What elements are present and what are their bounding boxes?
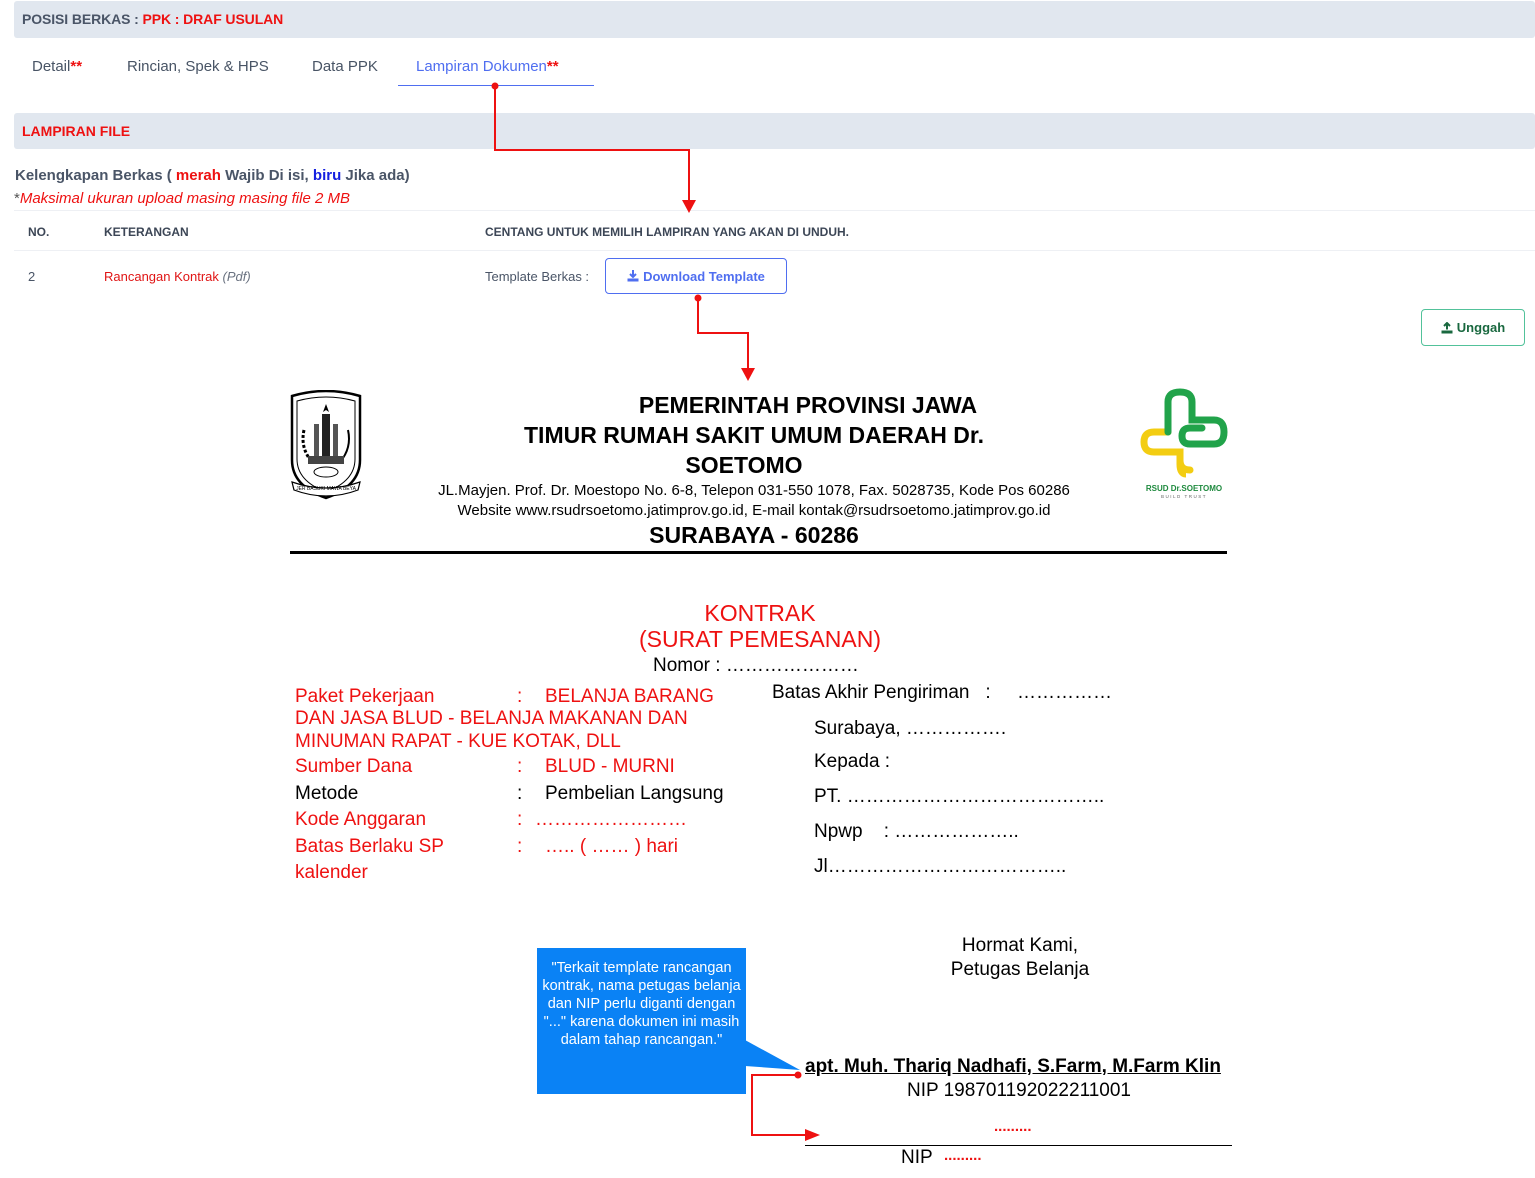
tab-data-ppk[interactable]: Data PPK [294,48,394,86]
signer-nip: NIP 198701192022211001 [805,1080,1233,1102]
field-label-paket: Paket Pekerjaan [295,686,434,708]
column-header-centang: CENTANG UNTUK MEMILIH LAMPIRAN YANG AKAN… [485,225,849,239]
kop-line-2: TIMUR RUMAH SAKIT UMUM DAERAH Dr. [404,422,1104,449]
table-header-border [14,250,1535,251]
callout-tail [745,1040,800,1070]
replacement-nip-placeholder: ......... [944,1147,982,1164]
row-keterangan: Rancangan Kontrak (Pdf) [104,269,251,284]
tab-lampiran-dokumen[interactable]: Lampiran Dokumen** [398,48,594,86]
kelengkapan-legend: Kelengkapan Berkas ( merah Wajib Di isi,… [15,167,410,184]
tab-detail[interactable]: Detail** [14,48,104,86]
field-value-batas-berlaku: ….. ( …… ) hari [545,836,678,858]
field-batas-akhir-pengiriman: Batas Akhir Pengiriman : …………… [772,682,1112,704]
arrow-download-to-document-icon [695,295,756,382]
upload-icon [1441,322,1453,334]
column-header-no: NO. [28,225,49,239]
field-value-kode-anggaran: …………………… [535,809,687,831]
status-text: POSISI BERKAS : PPK : DRAF USULAN [22,11,283,27]
field-value-metode: Pembelian Langsung [545,783,724,805]
kop-address: JL.Mayjen. Prof. Dr. Moestopo No. 6-8, T… [300,482,1208,499]
field-kepada: Kepada : [814,751,890,773]
signer-name: apt. Muh. Thariq Nadhafi, S.Farm, M.Farm… [805,1056,1221,1078]
kop-line-3: SOETOMO [454,452,1034,479]
field-npwp: Npwp : ……………….. [814,821,1019,843]
section-header: LAMPIRAN FILE [14,113,1535,149]
kop-divider [290,551,1227,554]
document-subtitle: (SURAT PEMESANAN) [600,626,920,653]
upload-size-note: *Maksimal ukuran upload masing masing fi… [14,190,350,207]
field-label-batas-berlaku: Batas Berlaku SP [295,836,444,858]
document-title: KONTRAK [600,600,920,627]
status-bar: POSISI BERKAS : PPK : DRAF USULAN [14,1,1535,38]
field-label-kode-anggaran: Kode Anggaran [295,809,426,831]
replacement-name-placeholder: ......... [994,1118,1032,1135]
unggah-button[interactable]: Unggah [1421,309,1525,346]
field-value-sumber-dana: BLUD - MURNI [545,756,675,778]
kop-line-1: PEMERINTAH PROVINSI JAWA [500,392,1116,419]
column-header-keterangan: KETERANGAN [104,225,189,239]
download-icon [627,270,639,282]
section-title: LAMPIRAN FILE [22,123,130,139]
field-jl: Jl……………………………….. [814,856,1066,878]
kop-website: Website www.rsudrsoetomo.jatimprov.go.id… [300,502,1208,519]
field-pt: PT. ………………………………….. [814,786,1104,808]
row-number: 2 [28,269,35,284]
field-label-metode: Metode [295,783,358,805]
document-nomor: Nomor : ………………… [653,655,859,677]
field-value-paket: BELANJA BARANG [545,686,714,708]
field-label-sumber-dana: Sumber Dana [295,756,412,778]
annotation-callout: "Terkait template rancangan kontrak, nam… [537,948,746,1094]
table-top-border [14,210,1535,211]
signature-line [805,1145,1232,1146]
status-value: PPK : DRAF USULAN [143,11,284,27]
field-surabaya-date: Surabaya, ……………. [814,718,1006,740]
template-berkas-label: Template Berkas : [485,269,589,284]
download-template-button[interactable]: Download Template [605,258,787,294]
closing-petugas-belanja: Petugas Belanja [820,959,1220,981]
tab-rincian-spek-hps[interactable]: Rincian, Spek & HPS [109,48,289,86]
kop-city: SURABAYA - 60286 [454,522,1054,549]
replacement-nip-label: NIP [901,1147,933,1169]
closing-hormat-kami: Hormat Kami, [820,935,1220,957]
